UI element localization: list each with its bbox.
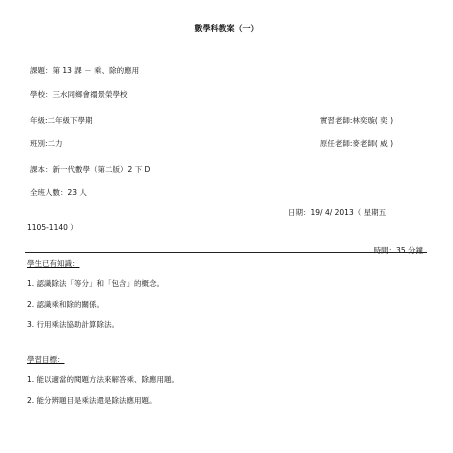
mentor-teacher-line: 原任老師:麥老師( 威 )	[320, 140, 393, 148]
document-title: 數學科教案（一）	[0, 25, 453, 33]
class-line: 班別:二力	[30, 140, 63, 148]
objectives-heading: 學習目標：	[27, 356, 65, 364]
prior-knowledge-heading: 學生已有知識：	[27, 260, 80, 268]
class-size-line: 全班人數：23 人	[30, 189, 87, 197]
school-line: 學校：三水同鄉會禤景榮學校	[30, 91, 128, 99]
topic-line: 課題：第 13 課 － 乘、除的應用	[30, 67, 139, 75]
textbook-line: 課本：新一代數學（第二版）2 下 D	[30, 166, 150, 174]
prior-knowledge-item: 3. 行用乘法協助計算除法。	[27, 321, 119, 329]
prior-knowledge-item: 1. 認識除法「等分」和「包含」的概念。	[27, 280, 164, 288]
duration-line: 時間：35 分鐘	[374, 247, 423, 255]
date-continuation-line: 1105-1140 ）	[27, 224, 78, 232]
student-teacher-line: 實習老師:林奕璇( 奕 )	[320, 117, 393, 125]
prior-knowledge-item: 2. 認識乘和除的關係。	[27, 301, 104, 309]
objective-item: 2. 能分辨題目是乘法還是除法應用題。	[27, 397, 157, 405]
section-divider	[25, 252, 427, 253]
grade-line: 年級:二年級下學期	[30, 117, 93, 125]
date-line: 日期：19/ 4/ 2013（ 星期五	[288, 209, 386, 217]
objective-item: 1. 能以適當的閱題方法來解答乘、除應用題。	[27, 376, 179, 384]
